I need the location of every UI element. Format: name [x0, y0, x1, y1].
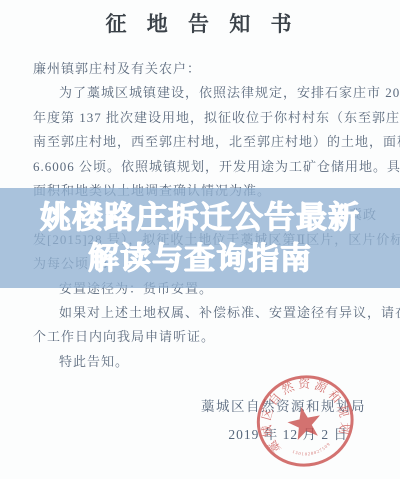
scanned-notice-page: 征 地 告 知 书 廉州镇郭庄村及有关农户： 为了藁城区城镇建设，依照法律规定，… — [0, 0, 400, 479]
overlay-caption-banner: 姚楼路庄拆迁公告最新 解读与查询指南 — [0, 188, 400, 288]
body-line: 如果对上述土地权属、补偿标准、安置途径有异议，请在 5 — [33, 301, 385, 325]
seal-star-icon — [285, 404, 324, 442]
official-seal-stamp: 藁城区自然资源和规划局 1301828027509 — [249, 368, 361, 472]
banner-title-line2: 解读与查询指南 — [88, 239, 312, 280]
body-line: 个工作日内向我局申请听证。 — [33, 325, 385, 349]
body-line: 南至郭庄村地，西至郭庄村地，北至郭庄村地）的土地，面积约 — [33, 130, 385, 154]
salutation-line: 廉州镇郭庄村及有关农户： — [33, 57, 385, 81]
seal-serial-number: 1301828027509 — [291, 441, 333, 460]
body-line: 为了藁城区城镇建设，依照法律规定，安排石家庄市 2019 — [33, 81, 385, 105]
banner-title-line1: 姚楼路庄拆迁公告最新 — [40, 198, 360, 239]
notice-title: 征 地 告 知 书 — [0, 8, 400, 38]
body-line: 年度第 137 批次建设用地，拟征收位于你村村东（东至郭庄村地， — [33, 106, 385, 130]
body-line: 6.6006 公顷。依照城镇规划，开发用途为工矿仓储用地。具体 — [33, 155, 385, 179]
